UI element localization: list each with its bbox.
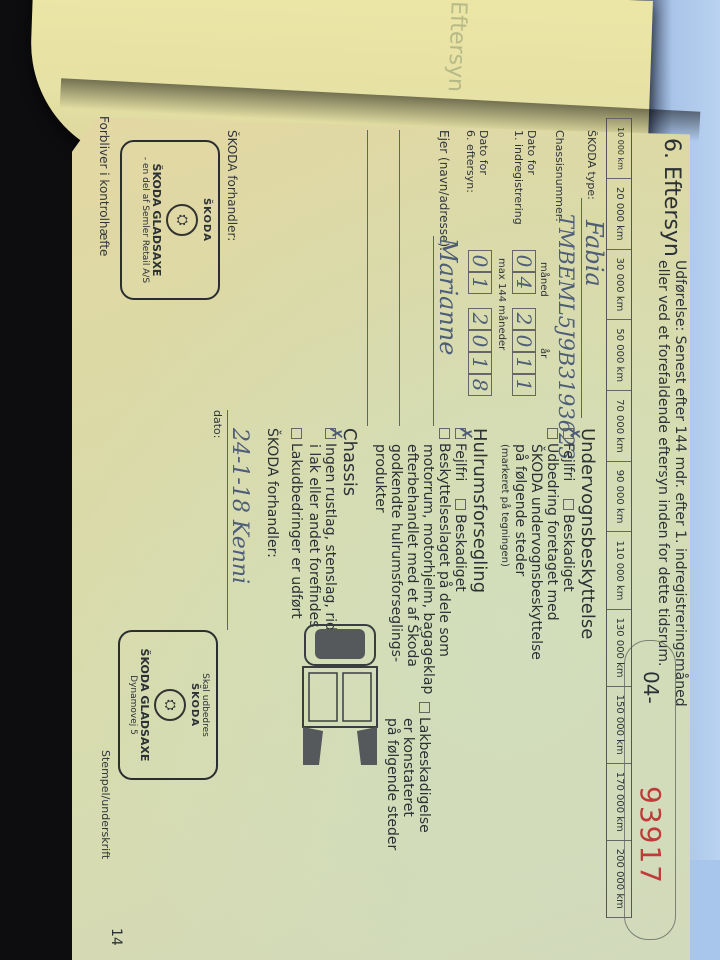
- footer-dealer-label: ŠKODA forhandler:: [225, 130, 238, 241]
- service-number-prefix: 04-: [639, 671, 663, 704]
- owner-line: [433, 236, 434, 426]
- type-value[interactable]: Fabia: [580, 220, 608, 287]
- km-interval: 150 000 km: [607, 687, 631, 764]
- hulrum-options: Fejlfri Beskadiget: [452, 428, 468, 592]
- km-interval: 90 000 km: [607, 462, 631, 533]
- skoda-logo-icon: ⛭: [154, 689, 186, 721]
- section-title: 6. Eftersyn: [659, 138, 684, 257]
- hulrum-title: Hulrumsforsegling: [469, 428, 490, 593]
- undervogn-fejlfri-checkbox[interactable]: [563, 428, 574, 439]
- km-interval: 110 000 km: [607, 532, 631, 609]
- km-interval: 130 000 km: [607, 610, 631, 687]
- instructions: Udførelse: Senest efter 144 mdr. efter 1…: [654, 260, 688, 707]
- lakudbedring-checkbox[interactable]: [291, 428, 302, 439]
- km-interval: 50 000 km: [607, 320, 631, 391]
- km-interval: 70 000 km: [607, 391, 631, 462]
- km-interval-row: 10 000 km 20 000 km 30 000 km 50 000 km …: [606, 118, 632, 918]
- undervogn-beskadiget-checkbox[interactable]: [563, 499, 574, 510]
- owner-value[interactable]: Marianne: [434, 238, 462, 355]
- reg-month-boxes[interactable]: 04: [512, 250, 536, 294]
- hulrum-beskyttelse-checkbox[interactable]: [439, 428, 450, 439]
- date-label: dato:: [211, 410, 224, 438]
- km-interval: 10 000 km: [607, 118, 631, 179]
- service-date-label: Dato for 6. eftersyn:: [464, 130, 490, 193]
- chassis-label: Chassisnummer:: [553, 130, 566, 222]
- footer-note: Forbliver i kontrolhæfte: [97, 116, 110, 256]
- service-month-boxes[interactable]: 01: [468, 250, 492, 294]
- type-label: ŠKODA type:: [585, 130, 598, 200]
- km-interval: 170 000 km: [607, 764, 631, 841]
- hulrum-beskadiget-checkbox[interactable]: [455, 499, 466, 510]
- undervogn-title: Undervognsbeskyttelse: [577, 428, 598, 639]
- reg-year-boxes[interactable]: 2011: [512, 308, 536, 396]
- reg-date-label: Dato for 1. indregistrering: [512, 130, 538, 225]
- owner-line-3: [367, 130, 368, 426]
- service-number: 93917: [634, 786, 667, 885]
- undervogn-udbedring: Udbedring foretaget med ŠKODA undervogns…: [496, 428, 560, 660]
- signature-label: Stempel/underskrift: [99, 750, 112, 859]
- dealer-stamp: ŠKODA ⛭ ŠKODA GLADSAXE - en del af Semle…: [120, 140, 220, 300]
- undervogn-options: Fejlfri Beskadiget: [560, 428, 576, 592]
- date-line: [227, 410, 228, 630]
- rotated-document-content: 6. Eftersyn Udførelse: Senest efter 144 …: [90, 110, 690, 960]
- km-interval: 200 000 km: [607, 841, 631, 918]
- second-dealer-stamp: Skal udbedres ŠKODA ⛭ ŠKODA GLADSAXE Dyn…: [118, 630, 218, 780]
- month-label: måned: [537, 262, 550, 297]
- undervogn-udbedring-checkbox[interactable]: [547, 428, 558, 439]
- chassis-value[interactable]: TMBEML5J9B3193623: [554, 214, 578, 460]
- car-underbody-diagram-icon[interactable]: [285, 615, 395, 775]
- owner-line-2: [399, 130, 400, 426]
- dealer-label: ŠKODA forhandler:: [264, 428, 280, 558]
- date-signature[interactable]: 24-1-18 Kenni: [227, 428, 252, 584]
- km-interval: 20 000 km: [607, 179, 631, 250]
- chassis-item2: Lakudbedringer er udført: [288, 428, 304, 619]
- km-interval: 30 000 km: [607, 250, 631, 321]
- lak-checkbox[interactable]: [419, 702, 430, 713]
- max-months-note: max 144 måneder: [495, 258, 508, 350]
- service-year-boxes[interactable]: 2018: [468, 308, 492, 396]
- year-label: år: [537, 348, 550, 358]
- chassis-ok-checkbox[interactable]: [325, 428, 336, 439]
- hulrum-fejlfri-checkbox[interactable]: [455, 428, 466, 439]
- page-number: 14: [108, 928, 124, 946]
- owner-label: Ejer (navn/adresse):: [437, 130, 450, 251]
- skoda-logo-icon: ⛭: [166, 204, 198, 236]
